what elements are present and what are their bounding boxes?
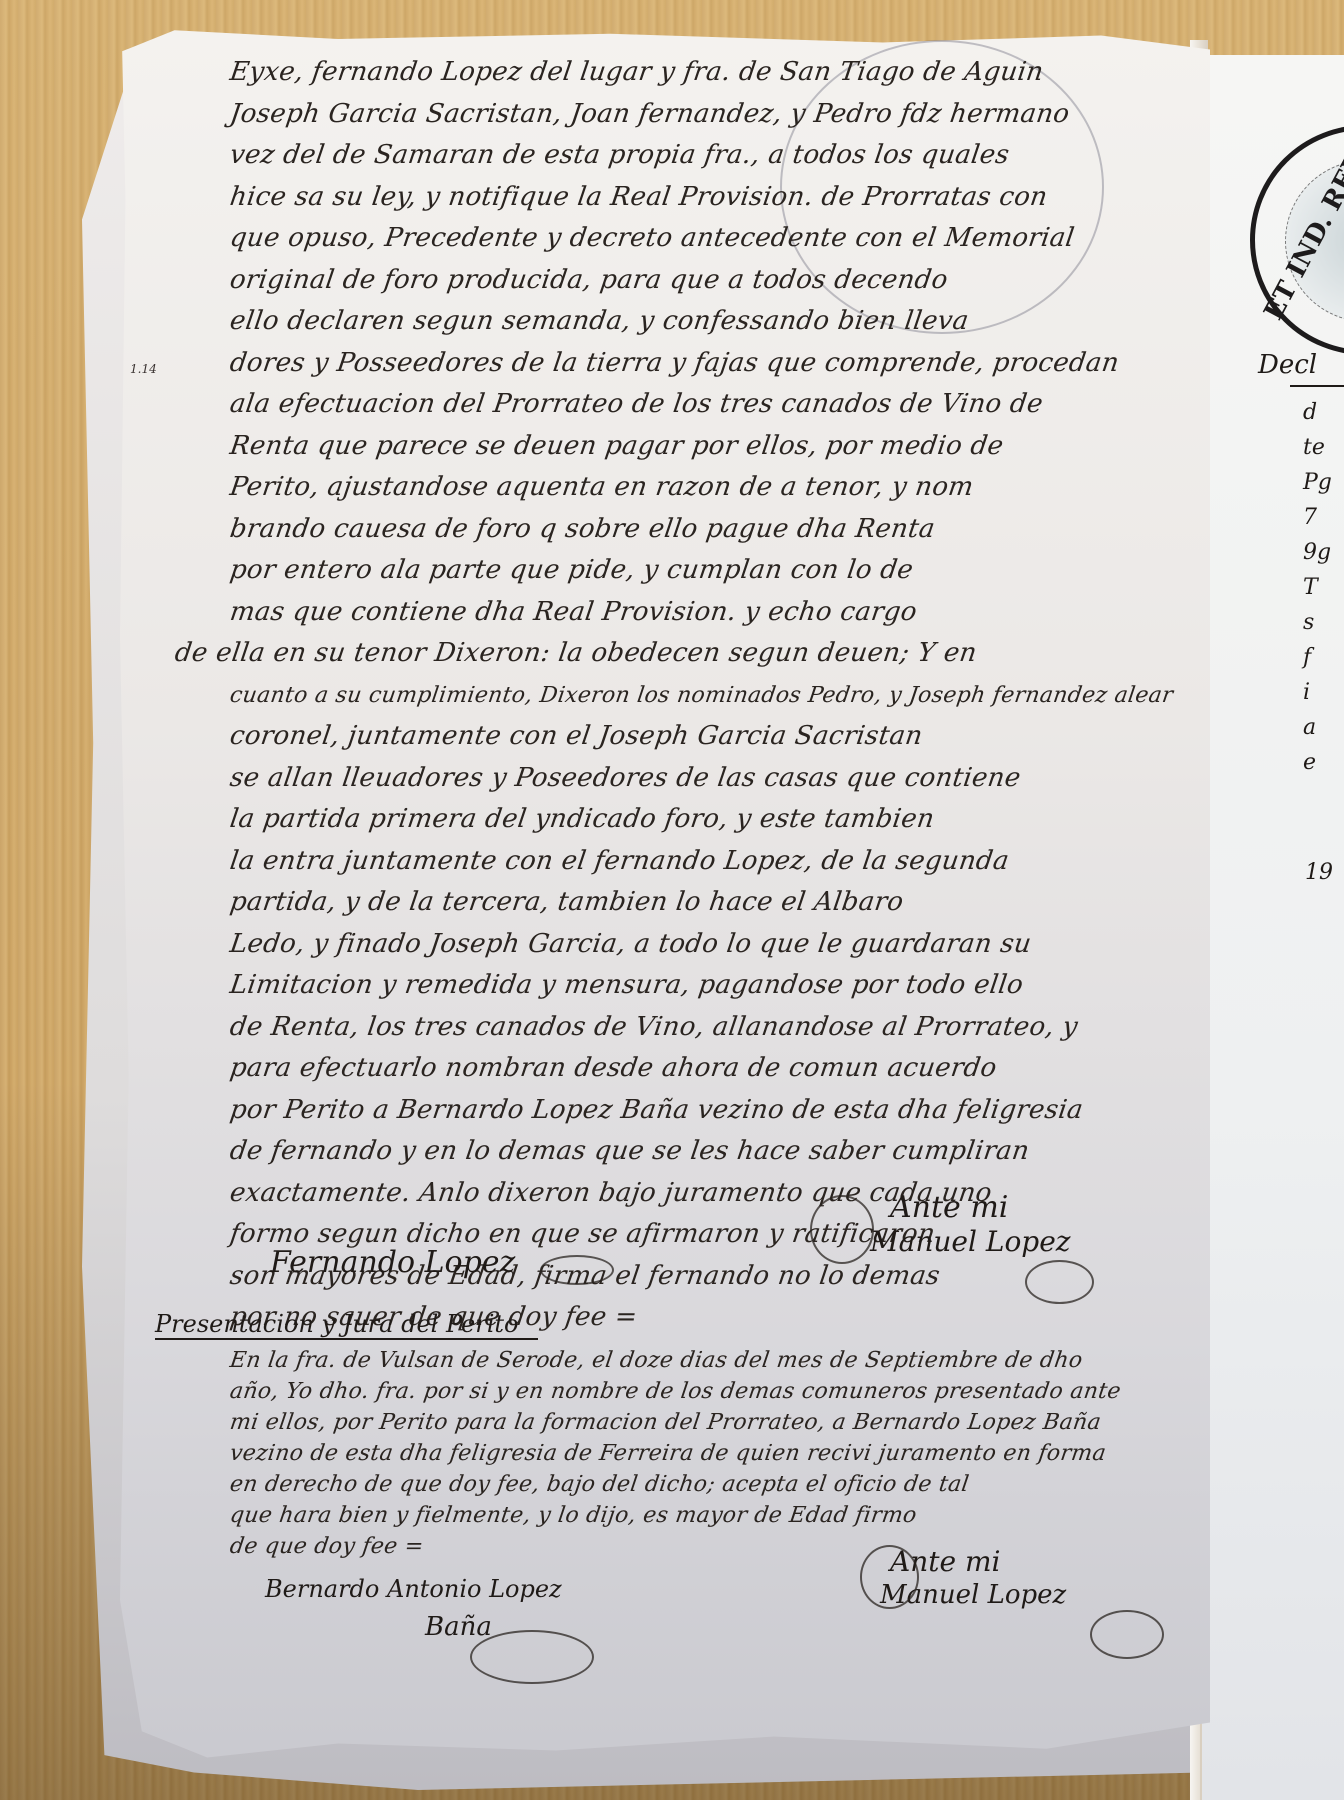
text-line: por Perito a Bernardo Lopez Baña vezino … xyxy=(227,1090,1183,1132)
column-fragment: a xyxy=(1303,710,1332,745)
text-line: Eyxe, fernando Lopez del lugar y fra. de… xyxy=(227,52,1183,94)
margin-note: 1.14 xyxy=(130,362,157,376)
right-page-rule xyxy=(1290,385,1344,387)
text-line: Renta que parece se deuen pagar por ello… xyxy=(227,426,1183,468)
text-line: por entero ala parte que pide, y cumplan… xyxy=(227,550,1183,592)
main-handwritten-text: Eyxe, fernando Lopez del lugar y fra. de… xyxy=(230,52,1180,1339)
signature-rubric xyxy=(540,1255,614,1285)
right-page-lower-fragment: 19 xyxy=(1305,860,1333,885)
signature-rubric xyxy=(1025,1260,1094,1304)
text-line: la entra juntamente con el fernando Lope… xyxy=(227,841,1183,883)
text-line: mas que contiene dha Real Provision. y e… xyxy=(227,592,1183,634)
text-line: partida, y de la tercera, tambien lo hac… xyxy=(227,882,1183,924)
text-line: que opuso, Precedente y decreto antecede… xyxy=(227,218,1183,260)
text-line: original de foro producida, para que a t… xyxy=(227,260,1183,302)
text-line: Ledo, y finado Joseph Garcia, a todo lo … xyxy=(227,924,1183,966)
column-fragment: 7 xyxy=(1303,500,1332,535)
text-line: ello declaren segun semanda, y confessan… xyxy=(227,301,1183,343)
text-line: cuanto a su cumplimiento, Dixeron los no… xyxy=(227,675,1183,717)
signature-manuel-lopez: Manuel Lopez xyxy=(870,1225,1071,1258)
text-line: para efectuarlo nombran desde ahora de c… xyxy=(227,1048,1183,1090)
text-line: de fernando y en lo demas que se les hac… xyxy=(227,1131,1183,1173)
column-fragment: te xyxy=(1303,430,1332,465)
column-fragment: e xyxy=(1303,745,1332,780)
text-line: que hara bien y fielmente, y lo dijo, es… xyxy=(228,1500,1182,1531)
text-line: mi ellos, por Perito para la formacion d… xyxy=(228,1407,1182,1438)
text-line: vez del de Samaran de esta propia fra., … xyxy=(227,135,1183,177)
text-line: se allan lleuadores y Poseedores de las … xyxy=(227,758,1183,800)
text-line: hice sa su ley, y notifique la Real Prov… xyxy=(227,177,1183,219)
text-line: la partida primera del yndicado foro, y … xyxy=(227,799,1183,841)
text-line: exactamente. Anlo dixeron bajo juramento… xyxy=(227,1173,1183,1215)
signature-rubric xyxy=(1090,1610,1164,1659)
column-fragment: 9g xyxy=(1303,535,1332,570)
text-line: En la fra. de Vulsan de Serode, el doze … xyxy=(228,1345,1182,1376)
column-fragment: s xyxy=(1303,605,1332,640)
signature-rubric xyxy=(470,1630,594,1684)
text-line: Limitacion y remedida y mensura, pagando… xyxy=(227,965,1183,1007)
section2-handwritten-text: En la fra. de Vulsan de Serode, el doze … xyxy=(230,1345,1180,1562)
text-line: dores y Posseedores de la tierra y fajas… xyxy=(227,343,1183,385)
text-line: de ella en su tenor Dixeron: la obedecen… xyxy=(172,633,1183,675)
text-line: ala efectuacion del Prorrateo de los tre… xyxy=(227,384,1183,426)
column-fragment: f xyxy=(1303,640,1332,675)
column-fragment: d xyxy=(1303,395,1332,430)
section-heading: Presentacion y Jura del Perito xyxy=(155,1310,538,1340)
signature-fernando-lopez: Fernando Lopez xyxy=(270,1245,515,1280)
column-fragment: T xyxy=(1303,570,1332,605)
signature-ante-mi: Ante mi xyxy=(890,1190,1008,1225)
text-line: Joseph Garcia Sacristan, Joan fernandez,… xyxy=(227,94,1183,136)
column-fragment: Pg xyxy=(1303,465,1332,500)
signature-flourish xyxy=(810,1195,874,1264)
right-page-heading: Decl xyxy=(1258,350,1317,380)
text-line: vezino de esta dha feligresia de Ferreir… xyxy=(228,1438,1182,1469)
text-line: año, Yo dho. fra. por si y en nombre de … xyxy=(228,1376,1182,1407)
column-fragment: i xyxy=(1303,675,1332,710)
text-line: Perito, ajustandose aquenta en razon de … xyxy=(227,467,1183,509)
text-line: de que doy fee = xyxy=(228,1531,1182,1562)
text-line: de Renta, los tres canados de Vino, alla… xyxy=(227,1007,1183,1049)
signature-bana: Baña xyxy=(425,1612,492,1642)
text-line: en derecho de que doy fee, bajo del dich… xyxy=(228,1469,1182,1500)
text-line: brando cauesa de foro q sobre ello pague… xyxy=(227,509,1183,551)
signature-flourish xyxy=(860,1545,919,1609)
text-line: coronel, juntamente con el Joseph Garcia… xyxy=(227,716,1183,758)
signature-bernardo-lopez: Bernardo Antonio Lopez xyxy=(265,1575,562,1603)
right-page-column: d te Pg 7 9g T s f i a e xyxy=(1303,395,1332,780)
